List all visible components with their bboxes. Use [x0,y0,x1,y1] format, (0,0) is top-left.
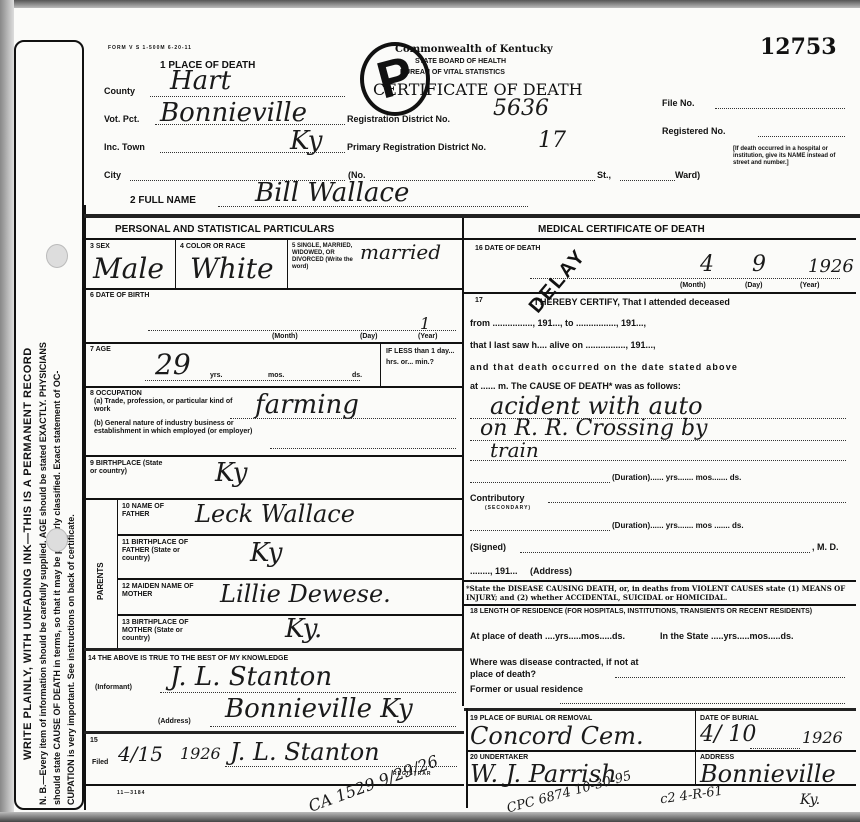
marital-label: 5 SINGLE, MARRIED, WIDOWED, OR DIVORCED … [292,243,362,271]
rule [84,455,462,457]
dod-month: 4 [700,252,714,277]
primary-reg-label: Primary Registration District No. [347,142,486,152]
certificate-title: CERTIFICATE OF DEATH [373,80,583,99]
registered-no-label: Registered No. [662,126,726,136]
scan-edge-left [0,0,14,822]
residence-heading: 18 LENGTH OF RESIDENCE (FOR HOSPITALS, I… [470,608,850,616]
cause-value-3: train [490,438,539,462]
rule [466,784,856,786]
cause-footnote: *State the DISEASE CAUSING DEATH, or, in… [466,584,856,602]
rule [464,580,856,582]
filed-num: 15 [90,737,98,745]
contracted-line [615,677,845,678]
age-label: 7 AGE [90,346,111,354]
reg-district-value: 5636 [493,96,549,121]
occupation-value: farming [255,390,359,420]
primary-reg-value: 17 [538,128,566,153]
former-line [560,703,845,704]
dob-day-label: (Day) [360,333,378,341]
rule [84,342,462,344]
md-label: , M. D. [812,542,839,552]
age-yrs-label: yrs. [210,372,222,380]
margin-note-3: CUPATION is very important. See instruct… [66,514,76,805]
inc-town-label: Inc. Town [104,142,145,152]
if-less-label: IF LESS than 1 day... hrs. or... min.? [386,346,460,368]
filed-label: Filed [92,759,108,767]
dod-month-label: (Month) [680,282,706,290]
contributory-label: Contributory [470,493,525,503]
c2-annotation: c2 4-R-61 [659,784,724,808]
burial-year-value: 1926 [802,728,843,747]
rule [84,731,464,734]
st-label: St., [597,170,611,180]
hospital-note: [If death occurred in a hospital or inst… [733,146,845,167]
mother-birthplace-value: Ky. [285,614,322,644]
last-saw-line: that I last saw h.... alive on .........… [470,340,656,350]
rule [175,238,176,288]
dob-line [148,330,456,331]
informant-line [160,692,456,693]
date-of-death-label: 16 DATE OF DEATH [475,245,540,253]
informant-address-value: Bonnieville Ky [225,694,413,724]
rule [84,288,462,290]
form-left-border [84,205,86,810]
dod-year-label: (Year) [800,282,819,290]
sex-value: Male [93,252,164,285]
marital-value: married [360,240,441,264]
dob-month-label: (Month) [272,333,298,341]
header-commonwealth: Commonwealth of Kentucky [395,44,553,55]
sex-label: 3 SEX [90,243,110,251]
vot-pct-label: Vot. Pct. [104,114,139,124]
inc-town-value: Ky [290,126,322,156]
duration-line [470,482,610,483]
header-board: STATE BOARD OF HEALTH [415,58,506,65]
city-label: City [104,170,121,180]
occurred-line: and that death occurred on the date stat… [470,362,738,372]
mother-birthplace-label: 13 BIRTHPLACE OF MOTHER (State or countr… [122,619,202,643]
rule [84,784,464,786]
filed-date: 4/15 [118,742,163,766]
rule [117,498,118,648]
rule [466,708,468,808]
burial-date-line [750,748,800,749]
occupation-b-label: (b) General nature of industry business … [94,420,269,436]
scan-edge-top [0,0,860,8]
header-bureau: BUREAU OF VITAL STATISTICS [400,69,505,76]
rule [464,708,856,711]
former-residence-label: Former or usual residence [470,683,590,695]
race-label: 4 COLOR OR RACE [180,243,245,251]
rule [464,292,856,294]
dob-label: 6 DATE OF BIRTH [90,292,149,300]
informant-address-label: (Address) [158,718,191,726]
mother-value: Lillie Dewese. [220,580,391,608]
file-no-line [715,108,845,109]
death-certificate: WRITE PLAINLY, WITH UNFADING INK—THIS IS… [0,0,860,822]
certify-statement: I HEREBY CERTIFY, That I attended deceas… [535,297,730,307]
vot-pct-value: Bonnieville [160,98,307,128]
print-code: 11—3184 [117,790,145,796]
race-value: White [190,252,274,285]
in-the-state: In the State .....yrs.....mos.....ds. [660,630,850,642]
reg-district-label: Registration District No. [347,114,450,124]
occupation-label: 8 OCCUPATION [90,390,260,398]
rule [695,710,696,784]
rule [466,750,856,752]
dod-day: 9 [752,252,766,277]
signed-label: (Signed) [470,542,506,552]
punch-hole [46,528,68,552]
father-birthplace-value: Ky [250,538,282,568]
punch-hole [46,244,68,268]
certificate-number: 12753 [760,34,837,60]
duration-line-2 [470,530,610,531]
rule [380,342,381,386]
registered-no-line [758,136,845,137]
county-label: County [104,86,135,96]
secondary-label: (SECONDARY) [485,505,531,511]
date-address-line: ........, 191... (Address) [470,566,572,576]
rule [287,238,288,288]
duration-1: (Duration)...... yrs....... mos....... d… [612,474,741,482]
duration-2: (Duration)...... yrs....... mos ....... … [612,522,744,530]
age-value: 29 [155,348,191,381]
margin-heading: WRITE PLAINLY, WITH UNFADING INK—THIS IS… [22,347,34,760]
informant-value: J. L. Stanton [170,662,332,692]
margin-note-1: N. B.—Every item of information should b… [38,342,48,805]
file-no-label: File No. [662,98,695,108]
registrar-signature: J. L. Stanton [230,738,380,766]
rule [464,604,856,606]
at-place-of-death: At place of death ....yrs.....mos.....ds… [470,630,640,642]
age-mos-label: mos. [268,372,284,380]
birthplace-label: 9 BIRTHPLACE (State or country) [90,460,170,476]
full-name-value: Bill Wallace [255,178,409,208]
personal-heading: PERSONAL AND STATISTICAL PARTICULARS [115,224,334,235]
occupation-line [230,418,456,419]
dod-year: 1926 [808,256,854,277]
medical-heading: MEDICAL CERTIFICATE OF DEATH [538,224,705,235]
from-line: from ................, 191..., to ......… [470,318,646,328]
rule [464,238,856,240]
informant-label: (Informant) [95,684,132,692]
birthplace-value: Ky [215,458,247,488]
burial-date-value: 4/ 10 [700,722,756,747]
ward-label: Ward) [675,170,700,180]
item-17-num: 17 [475,297,483,305]
mother-label: 12 MAIDEN NAME OF MOTHER [122,583,202,599]
ky-annotation: Ky. [800,792,820,808]
burial-place-value: Concord Cem. [470,722,644,750]
age-line [145,380,360,381]
section-divider [84,214,860,218]
father-birthplace-label: 11 BIRTHPLACE OF FATHER (State or countr… [122,539,202,563]
rule [117,534,462,536]
address-line [210,726,456,727]
margin-note-2: should state CAUSE OF DEATH in terms, so… [52,371,62,805]
scan-edge-bottom [0,812,860,822]
ward-line [620,180,675,181]
occupation-a-label: (a) Trade, profession, or particular kin… [94,398,244,414]
dod-line [530,278,840,279]
dod-day-label: (Day) [745,282,763,290]
contributory-line [548,502,846,503]
full-name-label: 2 FULL NAME [130,195,196,206]
dob-day-value: 1 [420,314,430,333]
dob-year-label: (Year) [418,333,437,341]
delay-stamp: DELAY [525,245,591,318]
employer-line [270,448,456,449]
age-ds-label: ds. [352,372,362,380]
father-label: 10 NAME OF FATHER [122,503,192,519]
filed-year: 1926 [180,744,221,763]
father-value: Leck Wallace [195,500,355,528]
rule [84,386,462,388]
county-line [150,96,345,97]
rule [84,648,462,651]
parents-label: PARENTS [96,562,105,600]
signed-line [520,552,810,553]
county-value: Hart [170,66,231,96]
cause-line: at ...... m. The CAUSE OF DEATH* was as … [470,381,681,391]
form-code: FORM V S 1-500M 6-20-11 [108,45,192,51]
